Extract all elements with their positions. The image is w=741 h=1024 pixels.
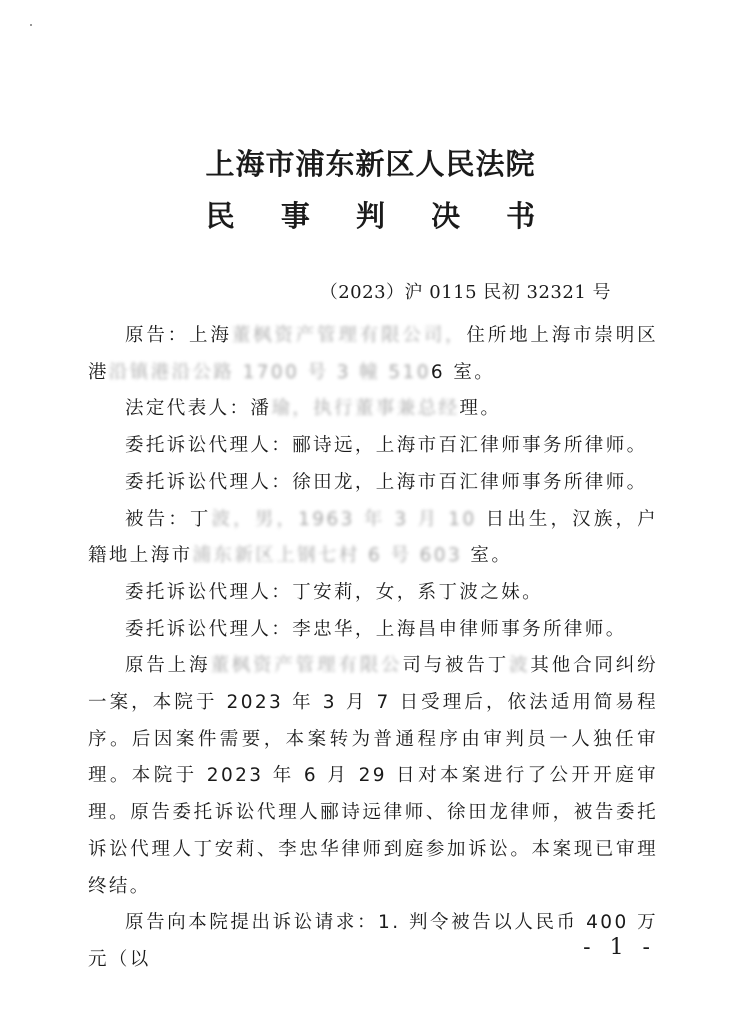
paragraph: 委托诉讼代理人：丁安莉，女，系丁波之妹。 (88, 575, 658, 612)
document-body: 原告：上海董枫资产管理有限公司，住所地上海市崇明区港沿镇港沿公路 1700 号 … (88, 318, 658, 979)
text-segment: 6 室。 (431, 362, 495, 383)
redacted-text: 董枫资产管理有限公司， (232, 325, 467, 346)
document-type: 民 事 判 决 书 (0, 194, 741, 235)
text-segment: 其他合同纠纷一案，本院于 2023 年 3 月 7 日受理后，依法适用简易程序。… (88, 655, 658, 896)
paragraph: 委托诉讼代理人：郦诗远，上海市百汇律师事务所律师。 (88, 428, 658, 465)
text-segment: 理。 (459, 398, 501, 419)
paragraph: 原告向本院提出诉讼请求：1. 判令被告以人民币 400 万元（以 (88, 905, 658, 978)
paragraph: 委托诉讼代理人：徐田龙，上海市百汇律师事务所律师。 (88, 465, 658, 502)
redacted-text: 波，男，1963 年 3 月 10 (212, 509, 477, 530)
redacted-text: 董枫资产管理有限公 (210, 655, 402, 676)
redacted-text: 浦东新区上钢七村 6 号 603 (193, 545, 463, 566)
court-name: 上海市浦东新区人民法院 (0, 142, 741, 183)
text-segment: 被告：丁 (125, 509, 212, 530)
text-segment: 法定代表人：潘 (125, 398, 271, 419)
case-number: （2023）沪 0115 民初 32321 号 (320, 278, 611, 304)
text-segment: 委托诉讼代理人：李忠华，上海昌申律师事务所律师。 (125, 619, 627, 640)
text-segment: 委托诉讼代理人：徐田龙，上海市百汇律师事务所律师。 (125, 472, 648, 493)
text-segment: 原告：上海 (125, 325, 232, 346)
text-segment: 室。 (462, 545, 512, 566)
paragraph: 被告：丁波，男，1963 年 3 月 10 日出生，汉族，户籍地上海市浦东新区上… (88, 502, 658, 575)
paragraph: 委托诉讼代理人：李忠华，上海昌申律师事务所律师。 (88, 612, 658, 649)
text-segment: 原告向本院提出诉讼请求：1. 判令被告以人民币 400 万元（以 (88, 912, 658, 970)
redacted-text: 沿镇港沿公路 1700 号 3 幢 510 (109, 362, 431, 383)
redacted-text: 波 (509, 655, 530, 676)
text-segment: 委托诉讼代理人：郦诗远，上海市百汇律师事务所律师。 (125, 435, 648, 456)
paragraph: 原告上海董枫资产管理有限公司与被告丁波其他合同纠纷一案，本院于 2023 年 3… (88, 648, 658, 905)
redacted-text: 瑜，执行董事兼总经 (271, 398, 459, 419)
paragraph: 原告：上海董枫资产管理有限公司，住所地上海市崇明区港沿镇港沿公路 1700 号 … (88, 318, 658, 391)
paragraph: 法定代表人：潘瑜，执行董事兼总经理。 (88, 391, 658, 428)
text-segment: 司与被告丁 (402, 655, 509, 676)
text-segment: 委托诉讼代理人：丁安莉，女，系丁波之妹。 (125, 582, 543, 603)
text-segment: 原告上海 (125, 655, 210, 676)
scan-speck (30, 24, 32, 26)
page-number: - 1 - (583, 935, 656, 960)
